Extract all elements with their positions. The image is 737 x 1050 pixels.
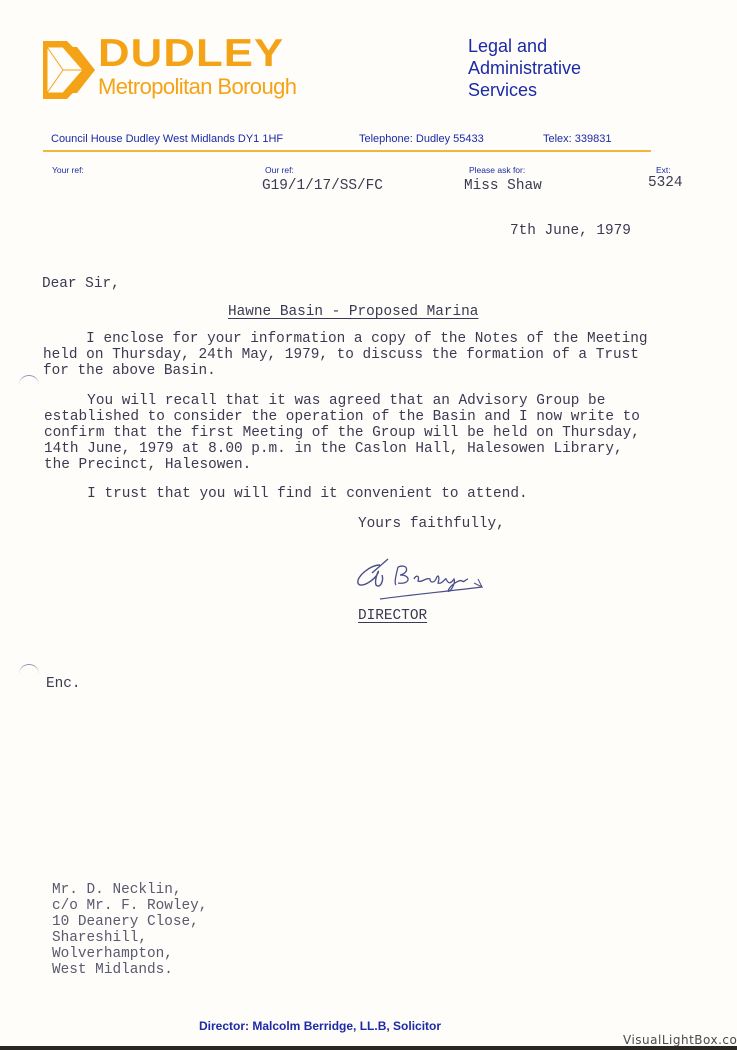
header-divider bbox=[43, 150, 651, 152]
text-line: I enclose for your information a copy of… bbox=[43, 331, 648, 347]
department-line: Administrative bbox=[468, 57, 581, 79]
text-line: the Precinct, Halesowen. bbox=[44, 457, 640, 473]
paragraph-3: I trust that you will find it convenient… bbox=[44, 486, 528, 502]
address-line: Shareshill, bbox=[52, 930, 207, 946]
signatory-title: DIRECTOR bbox=[358, 608, 427, 624]
address-line: Wolverhampton, bbox=[52, 946, 207, 962]
council-address: Council House Dudley West Midlands DY1 1… bbox=[51, 133, 283, 145]
address-line: Mr. D. Necklin, bbox=[52, 882, 207, 898]
telephone: Telephone: Dudley 55433 bbox=[359, 133, 484, 145]
department-line: Services bbox=[468, 79, 581, 101]
address-line: West Midlands. bbox=[52, 962, 207, 978]
text-line: 14th June, 1979 at 8.00 p.m. in the Casl… bbox=[44, 441, 640, 457]
salutation: Dear Sir, bbox=[42, 276, 120, 292]
closing: Yours faithfully, bbox=[358, 516, 505, 532]
subject-line: Hawne Basin - Proposed Marina bbox=[228, 304, 478, 320]
text-line: confirm that the first Meeting of the Gr… bbox=[44, 425, 640, 441]
punch-hole-mark bbox=[19, 375, 39, 395]
letter-page: DUDLEY Metropolitan Borough Legal and Ad… bbox=[0, 0, 737, 1050]
ask-for-value: Miss Shaw bbox=[464, 178, 542, 194]
department-line: Legal and bbox=[468, 35, 581, 57]
ext-value: 5324 bbox=[648, 175, 683, 191]
our-ref-label: Our ref: bbox=[265, 165, 294, 175]
your-ref-label: Your ref: bbox=[52, 165, 84, 175]
director-footer: Director: Malcolm Berridge, LL.B, Solici… bbox=[199, 1019, 441, 1033]
page-bottom-edge bbox=[0, 1046, 737, 1050]
letter-date: 7th June, 1979 bbox=[510, 223, 631, 239]
ask-for-label: Please ask for: bbox=[469, 165, 525, 175]
address-line: c/o Mr. F. Rowley, bbox=[52, 898, 207, 914]
punch-hole-mark bbox=[19, 664, 39, 684]
signature-icon bbox=[350, 553, 500, 603]
our-ref-value: G19/1/17/SS/FC bbox=[262, 178, 383, 194]
ext-label: Ext: bbox=[656, 165, 671, 175]
text-line: established to consider the operation of… bbox=[44, 409, 640, 425]
text-line: You will recall that it was agreed that … bbox=[44, 393, 640, 409]
brand-name: DUDLEY bbox=[98, 34, 284, 73]
paragraph-1: I enclose for your information a copy of… bbox=[43, 331, 648, 379]
enclosure-note: Enc. bbox=[46, 676, 81, 692]
text-line: for the above Basin. bbox=[43, 363, 648, 379]
brand-subtitle: Metropolitan Borough bbox=[98, 76, 296, 98]
address-line: 10 Deanery Close, bbox=[52, 914, 207, 930]
chevron-arrow-logo-icon bbox=[43, 41, 95, 99]
telex: Telex: 339831 bbox=[543, 133, 612, 145]
text-line: held on Thursday, 24th May, 1979, to dis… bbox=[43, 347, 648, 363]
watermark: VisualLightBox.com bbox=[623, 1033, 737, 1047]
department-name: Legal and Administrative Services bbox=[468, 35, 581, 101]
paragraph-2: You will recall that it was agreed that … bbox=[44, 393, 640, 473]
recipient-address: Mr. D. Necklin, c/o Mr. F. Rowley, 10 De… bbox=[52, 882, 207, 978]
